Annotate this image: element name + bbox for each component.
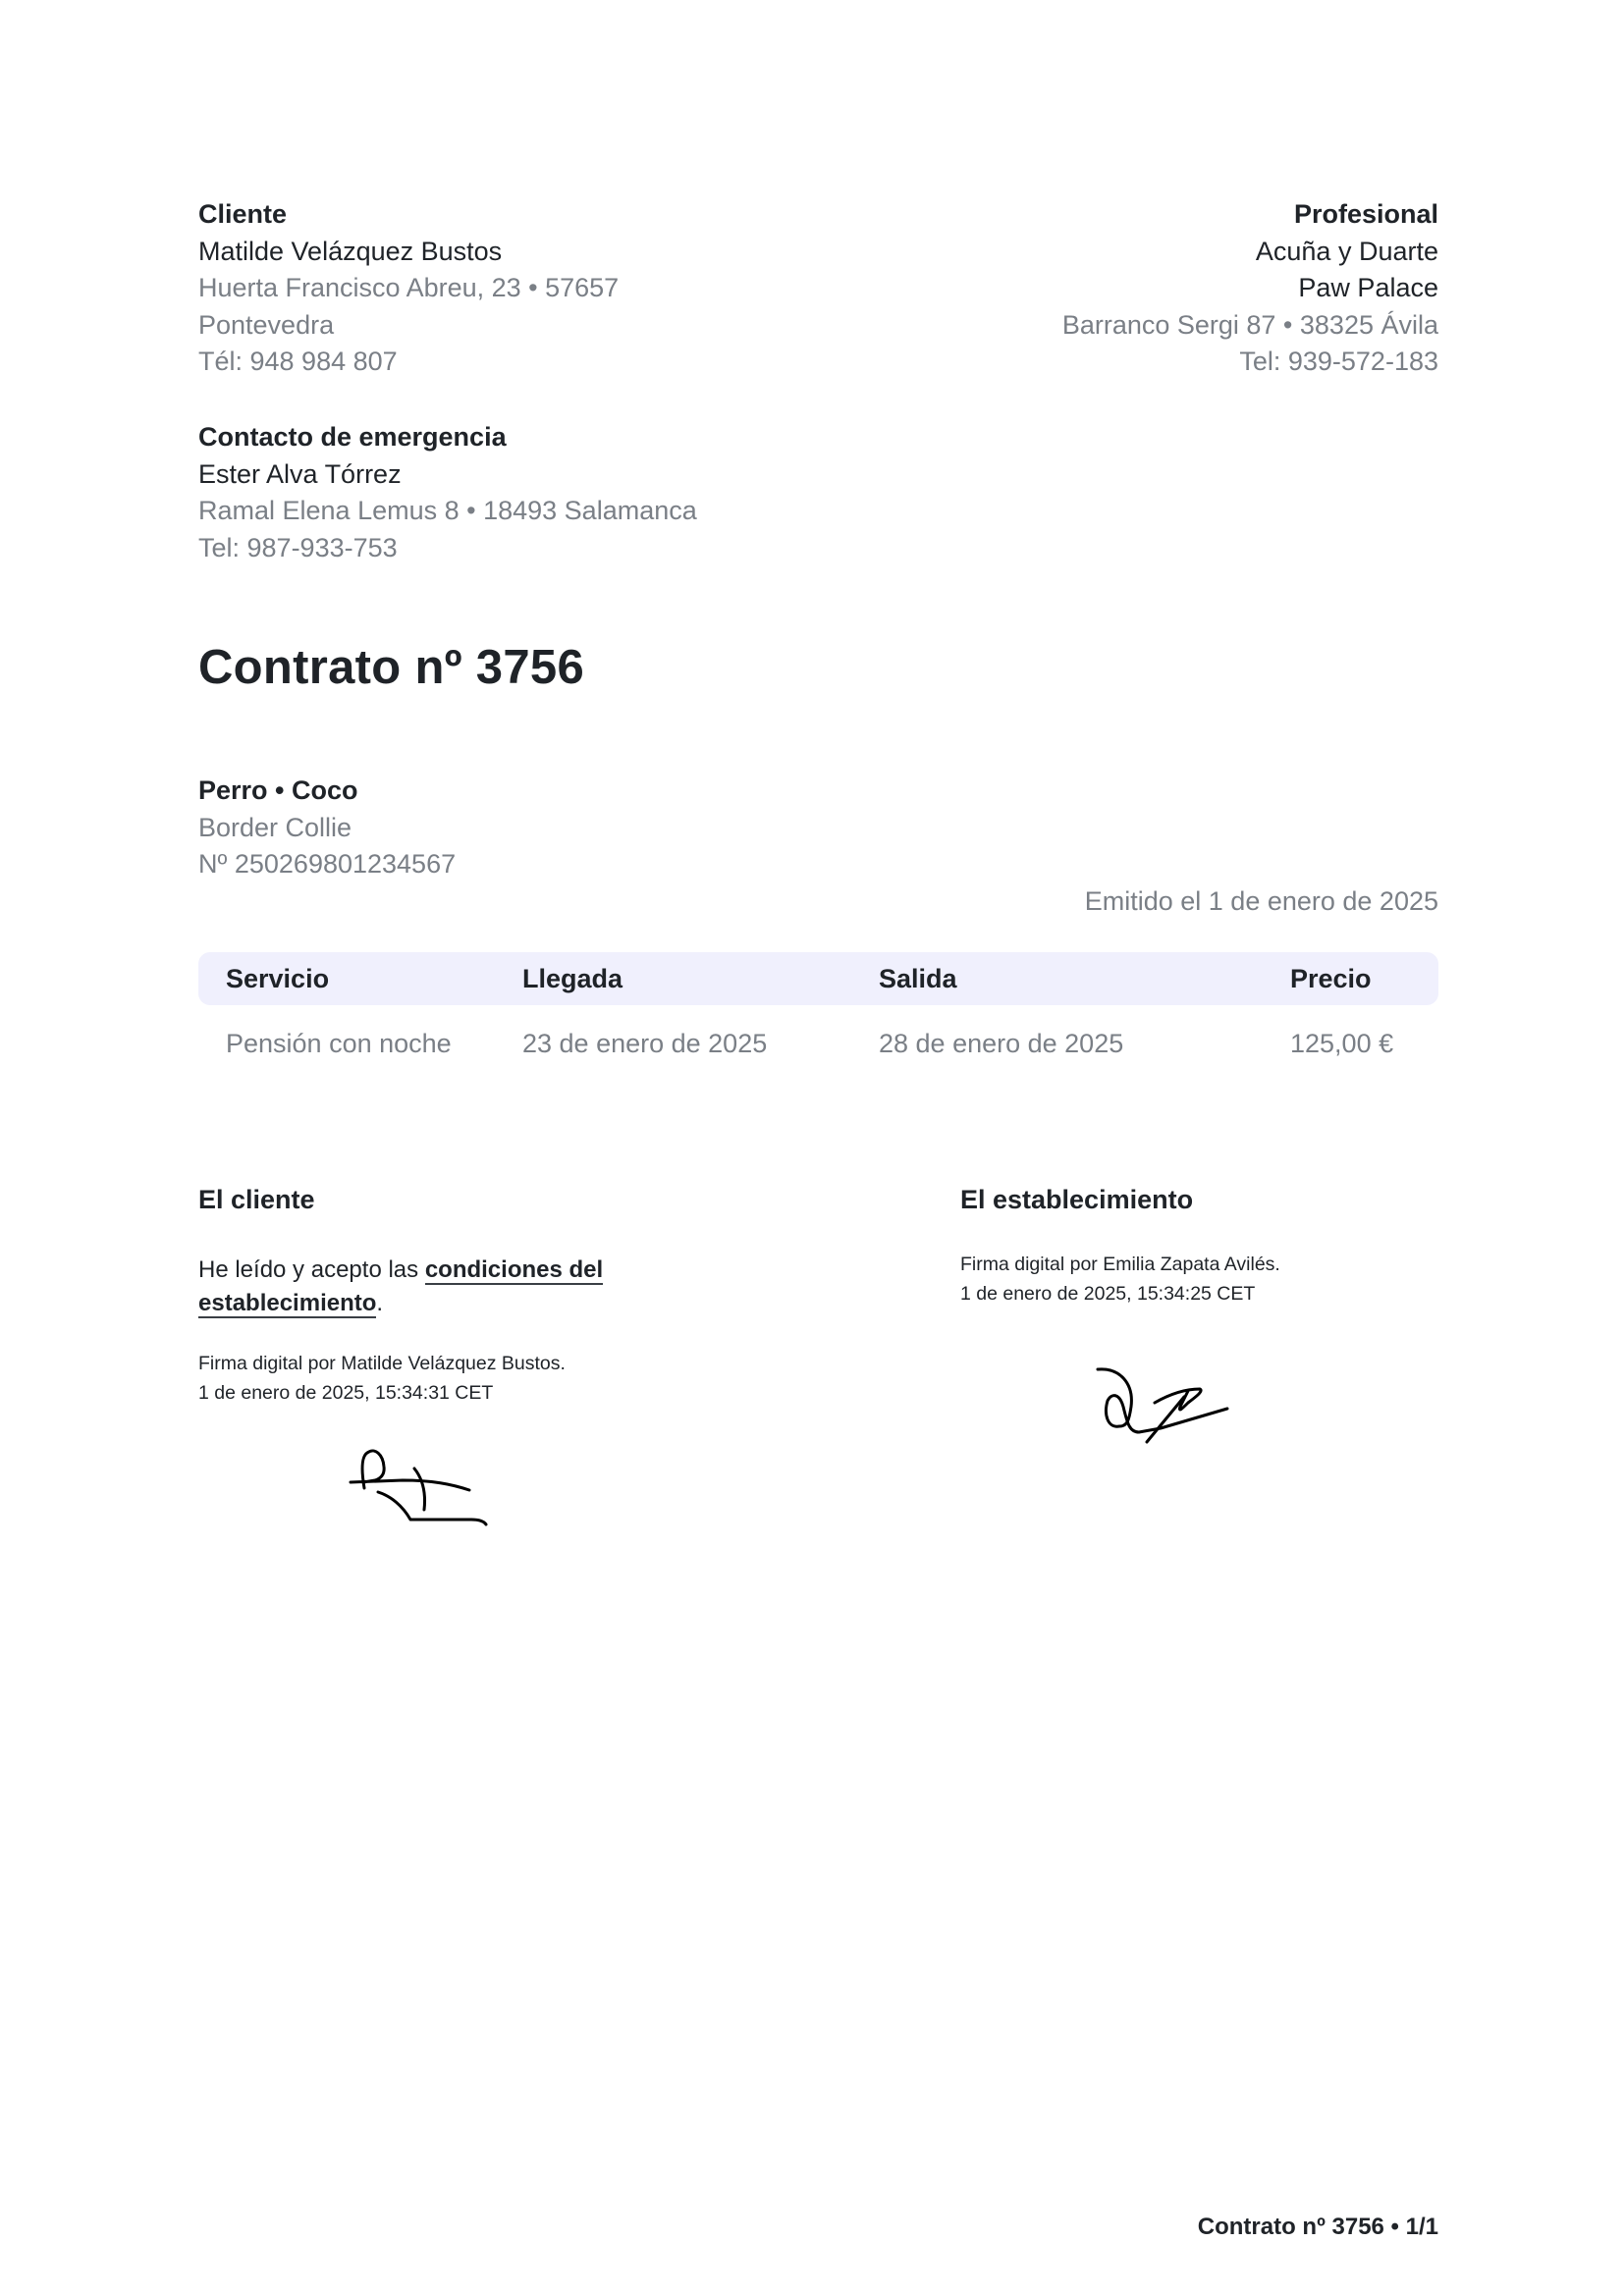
professional-name: Acuña y Duarte [1062,234,1438,271]
cell-price: 125,00 € [1290,1005,1393,1082]
establishment-signature-image [1090,1367,1257,1466]
emergency-heading: Contacto de emergencia [198,419,697,456]
header-price: Precio [1290,952,1372,1005]
cell-service: Pensión con noche [226,1005,452,1082]
establishment-signature-block: El establecimiento Firma digital por Emi… [960,1182,1280,1308]
emergency-name: Ester Alva Tórrez [198,456,697,494]
acceptance-prefix: He leído y acepto las [198,1256,425,1283]
client-signed-at: 1 de enero de 2025, 15:34:31 CET [198,1378,630,1408]
professional-business: Paw Palace [1062,270,1438,307]
client-signature-block: El cliente He leído y acepto las condici… [198,1182,630,1408]
professional-address: Barranco Sergi 87 • 38325 Ávila [1062,307,1438,345]
services-table: Servicio Llegada Salida Precio Pensión c… [198,952,1438,1080]
establishment-signed-by: Firma digital por Emilia Zapata Avilés. [960,1250,1280,1279]
pet-block: Perro • Coco Border Collie Nº 2502698012… [198,773,456,883]
professional-phone: Tel: 939-572-183 [1062,344,1438,381]
emergency-address: Ramal Elena Lemus 8 • 18493 Salamanca [198,493,697,530]
client-block: Cliente Matilde Velázquez Bustos Huerta … [198,196,619,381]
establishment-signature-heading: El establecimiento [960,1182,1280,1218]
establishment-signed-at: 1 de enero de 2025, 15:34:25 CET [960,1279,1280,1308]
acceptance-suffix: . [376,1290,383,1316]
client-city: Pontevedra [198,307,619,345]
cell-departure: 28 de enero de 2025 [879,1005,1123,1082]
emergency-contact-block: Contacto de emergencia Ester Alva Tórrez… [198,419,697,566]
client-signed-by: Firma digital por Matilde Velázquez Bust… [198,1349,630,1378]
professional-block: Profesional Acuña y Duarte Paw Palace Ba… [1062,196,1438,381]
contract-title: Contrato nº 3756 [198,640,584,695]
pet-breed: Border Collie [198,810,456,847]
client-heading: Cliente [198,196,619,234]
client-phone: Tél: 948 984 807 [198,344,619,381]
pet-title: Perro • Coco [198,773,456,810]
table-header: Servicio Llegada Salida Precio [198,952,1438,1005]
header-departure: Salida [879,952,957,1005]
client-address: Huerta Francisco Abreu, 23 • 57657 [198,270,619,307]
pet-chip-number: Nº 250269801234567 [198,846,456,883]
client-name: Matilde Velázquez Bustos [198,234,619,271]
professional-heading: Profesional [1062,196,1438,234]
issued-date: Emitido el 1 de enero de 2025 [1085,883,1438,920]
header-service: Servicio [226,952,329,1005]
acceptance-text: He leído y acepto las condiciones del es… [198,1254,630,1320]
page-footer: Contrato nº 3756 • 1/1 [1198,2214,1438,2241]
client-signature-heading: El cliente [198,1182,630,1218]
table-row: Pensión con noche 23 de enero de 2025 28… [198,1005,1438,1080]
header-arrival: Llegada [522,952,623,1005]
client-signature-image [324,1441,520,1549]
cell-arrival: 23 de enero de 2025 [522,1005,767,1082]
emergency-phone: Tel: 987-933-753 [198,530,697,567]
